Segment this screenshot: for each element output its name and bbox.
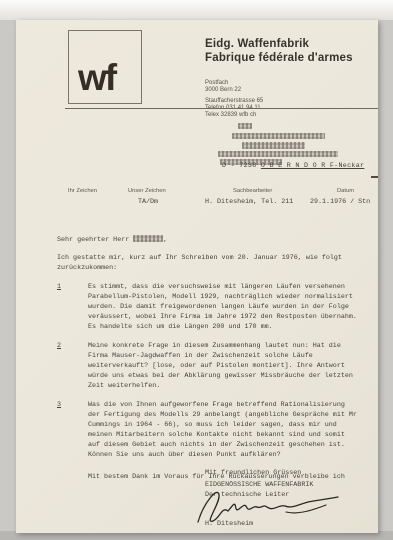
fold-mark	[371, 176, 378, 178]
wf-logo-text: wf	[78, 57, 115, 99]
salutation-prefix: Sehr geehrter Herr	[57, 236, 133, 244]
letter-body: Sehr geehrter Herr , Ich gestatte mir, k…	[57, 234, 357, 482]
scan-top-band	[0, 0, 393, 20]
value-unser-zeichen: TA/Dm	[138, 198, 158, 206]
recipient-name-redacted	[133, 235, 163, 242]
intro-paragraph: Ich gestatte mir, kurz auf Ihr Schreiben…	[57, 253, 355, 273]
company-name: Eidg. Waffenfabrik Fabrique fédérale d'a…	[205, 38, 353, 65]
paragraph-2: 2 Meine konkrete Frage in diesem Zusamme…	[57, 341, 357, 391]
label-unser-zeichen: Unser Zeichen	[128, 188, 166, 194]
salutation-suffix: ,	[163, 236, 167, 244]
letterhead-divider	[65, 108, 378, 109]
value-sachbearbeiter: H. Ditesheim, Tel. 211	[205, 198, 293, 206]
paragraph-2-number: 2	[57, 341, 88, 391]
company-name-french: Fabrique fédérale d'armes	[205, 52, 353, 66]
letterhead-address: Postfach 3000 Bern 22	[205, 80, 241, 94]
signer-typed-name: H. Ditesheim	[205, 520, 253, 528]
recipient-redacted-line-4	[218, 151, 338, 157]
label-sachbearbeiter: Sachbearbeiter	[233, 188, 272, 194]
value-datum: 29.1.1976 / Stn	[310, 198, 370, 206]
letter-paper: wf Eidg. Waffenfabrik Fabrique fédérale …	[16, 20, 378, 533]
salutation: Sehr geehrter Herr ,	[57, 234, 357, 245]
paragraph-3-number: 3	[57, 400, 88, 460]
recipient-postal-code: D - 7238	[222, 162, 261, 170]
paragraph-2-text: Meine konkrete Frage in diesem Zusammenh…	[88, 341, 357, 391]
letter-scan: wf Eidg. Waffenfabrik Fabrique fédérale …	[0, 0, 393, 540]
recipient-city-name: O B E R N D O R F-Neckar	[261, 162, 365, 170]
recipient-redacted-line-3	[242, 142, 305, 149]
letterhead-street: Stauffacherstrasse 65	[205, 98, 263, 105]
recipient-redacted-line-2	[232, 133, 325, 139]
letterhead-pobox: Postfach	[205, 80, 241, 87]
recipient-city-line: D - 7238 O B E R N D O R F-Neckar	[222, 162, 364, 170]
label-ihr-zeichen: Ihr Zeichen	[68, 188, 97, 194]
label-datum: Datum	[337, 188, 354, 194]
paragraph-1-number: 1	[57, 282, 88, 332]
paragraph-1: 1 Es stimmt, dass die versuchsweise mit …	[57, 282, 357, 332]
letterhead-telex: Telex 32839 wfb ch	[205, 112, 263, 119]
paragraph-3-text: Was die von Ihnen aufgeworfene Frage bet…	[88, 400, 357, 460]
closing-greeting: Mit freundlichen Grüssen	[205, 468, 313, 478]
paragraph-1-text: Es stimmt, dass die versuchsweise mit lä…	[88, 282, 357, 332]
company-name-german: Eidg. Waffenfabrik	[205, 38, 353, 52]
wf-logo: wf	[68, 30, 142, 104]
recipient-redacted-line-1	[238, 123, 252, 129]
paragraph-3: 3 Was die von Ihnen aufgeworfene Frage b…	[57, 400, 357, 460]
letterhead-city: 3000 Bern 22	[205, 87, 241, 94]
